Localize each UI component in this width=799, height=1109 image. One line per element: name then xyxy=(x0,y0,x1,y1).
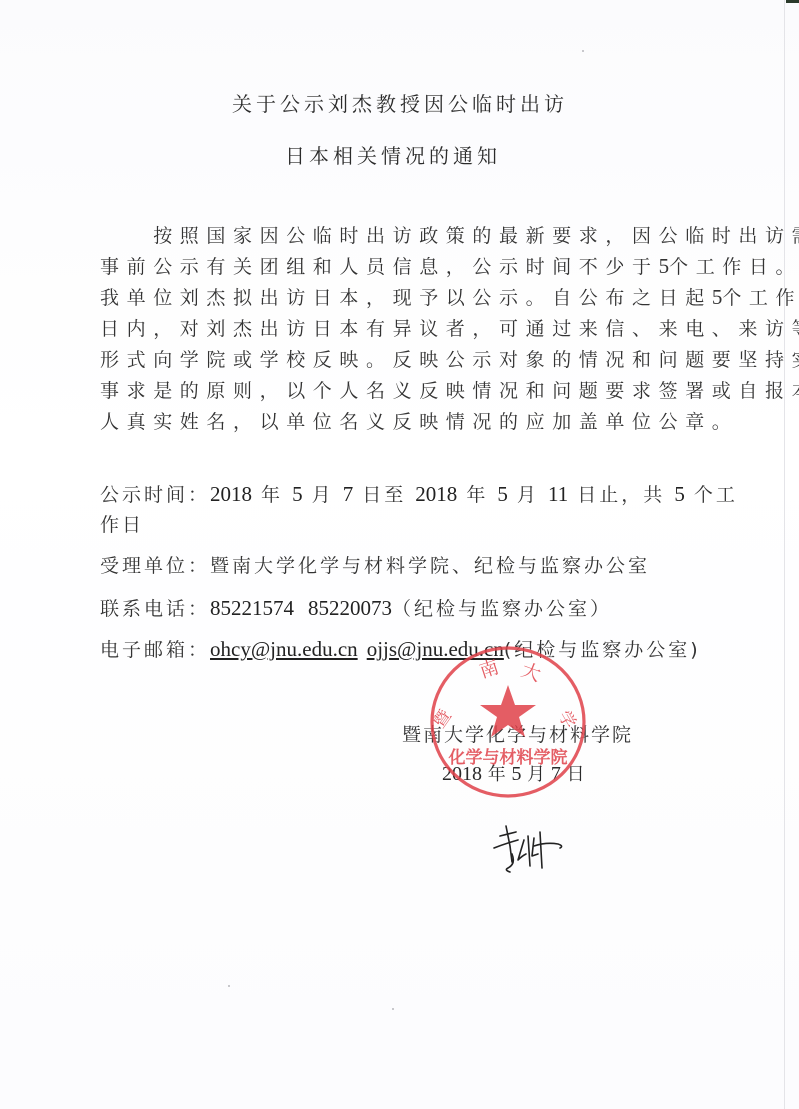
seal-top-text-2: 大 xyxy=(518,659,543,686)
workday-count: 5 xyxy=(674,482,685,506)
day-to-text: 日至 xyxy=(353,484,415,506)
phone-number-1: 85221574 xyxy=(210,596,294,620)
phone-label: 联系电话： xyxy=(100,598,210,620)
publicity-period-label: 公示时间： xyxy=(100,484,210,506)
day-end-text: 日止，共 xyxy=(568,484,674,506)
issuing-organization: 暨南大学化学与材料学院 xyxy=(402,720,633,747)
body-text: 我单位刘杰拟出访日本，现予以公示。自公布之日起 xyxy=(100,287,712,309)
start-month: 5 xyxy=(292,482,303,506)
workday-text: 个工 xyxy=(685,484,738,506)
phone-number-2: 85220073 xyxy=(308,596,392,620)
issue-day: 7 xyxy=(551,763,561,785)
body-text: 事前公示有关团组和人员信息，公示时间不少于 xyxy=(100,256,659,278)
notice-title-line-2: 日本相关情况的通知 xyxy=(285,140,501,169)
month-char: 月 xyxy=(303,484,343,506)
body-text: 个工作 xyxy=(722,287,799,309)
document-page: 关于公示刘杰教授因公临时出访 日本相关情况的通知 按照国家因公临时出访政策的最新… xyxy=(0,0,799,1109)
issue-year: 2018 xyxy=(442,763,482,785)
email-link-1[interactable]: ohcy@jnu.edu.cn xyxy=(210,637,358,661)
year-char: 年 xyxy=(482,764,511,785)
handling-unit-label: 受理单位： xyxy=(100,555,210,577)
body-line-2: 事前公示有关团组和人员信息，公示时间不少于5个工作日。 xyxy=(100,252,799,279)
end-month: 5 xyxy=(497,482,508,506)
end-year: 2018 xyxy=(415,482,457,506)
phone-note: （纪检与监察办公室） xyxy=(392,598,612,620)
start-day: 7 xyxy=(343,482,354,506)
end-day: 11 xyxy=(548,482,568,506)
year-char: 年 xyxy=(252,484,292,506)
publicity-period-line: 公示时间：2018 年 5 月 7 日至 2018 年 5 月 11 日止，共 … xyxy=(100,480,738,507)
handling-unit-line: 受理单位：暨南大学化学与材料学院、纪检与监察办公室 xyxy=(100,551,650,578)
email-label: 电子邮箱： xyxy=(100,639,210,661)
notice-title-line-1: 关于公示刘杰教授因公临时出访 xyxy=(232,88,568,117)
body-number: 5 xyxy=(712,285,723,309)
body-line-5: 形式向学院或学校反映。反映公示对象的情况和问题要坚持实 xyxy=(100,345,799,372)
publicity-period-line-2: 作日 xyxy=(100,510,144,537)
scan-edge xyxy=(784,0,785,1109)
body-line-6: 事求是的原则，以个人名义反映情况和问题要求签署或自报本 xyxy=(100,376,799,403)
body-number: 5 xyxy=(659,254,670,278)
email-line: 电子邮箱：ohcy@jnu.edu.cn ojjs@jnu.edu.cn(纪检与… xyxy=(100,635,701,662)
body-text: 个工作日。 xyxy=(669,256,799,278)
handling-unit-value: 暨南大学化学与材料学院、纪检与监察办公室 xyxy=(210,555,650,577)
body-line-1: 按照国家因公临时出访政策的最新要求，因公临时出访需 xyxy=(100,221,799,248)
day-char: 日 xyxy=(561,764,585,785)
month-char: 月 xyxy=(508,484,548,506)
scan-speck xyxy=(228,985,230,987)
start-year: 2018 xyxy=(210,482,252,506)
issue-date: 2018 年 5 月 7 日 xyxy=(442,760,585,786)
month-char: 月 xyxy=(521,764,550,785)
phone-line: 联系电话：8522157485220073（纪检与监察办公室） xyxy=(100,594,612,621)
body-line-3: 我单位刘杰拟出访日本，现予以公示。自公布之日起5个工作 xyxy=(100,283,799,310)
email-note: (纪检与监察办公室) xyxy=(504,639,701,661)
handwritten-signature xyxy=(488,818,578,878)
email-link-2[interactable]: ojjs@jnu.edu.cn xyxy=(367,637,504,661)
scan-speck xyxy=(392,1008,394,1010)
body-line-7: 人真实姓名，以单位名义反映情况的应加盖单位公章。 xyxy=(100,407,738,434)
body-line-4: 日内，对刘杰出访日本有异议者，可通过来信、来电、来访等 xyxy=(100,314,799,341)
year-char: 年 xyxy=(457,484,497,506)
scan-corner-mark xyxy=(786,0,799,3)
issue-month: 5 xyxy=(511,763,521,785)
scan-speck xyxy=(582,50,584,52)
